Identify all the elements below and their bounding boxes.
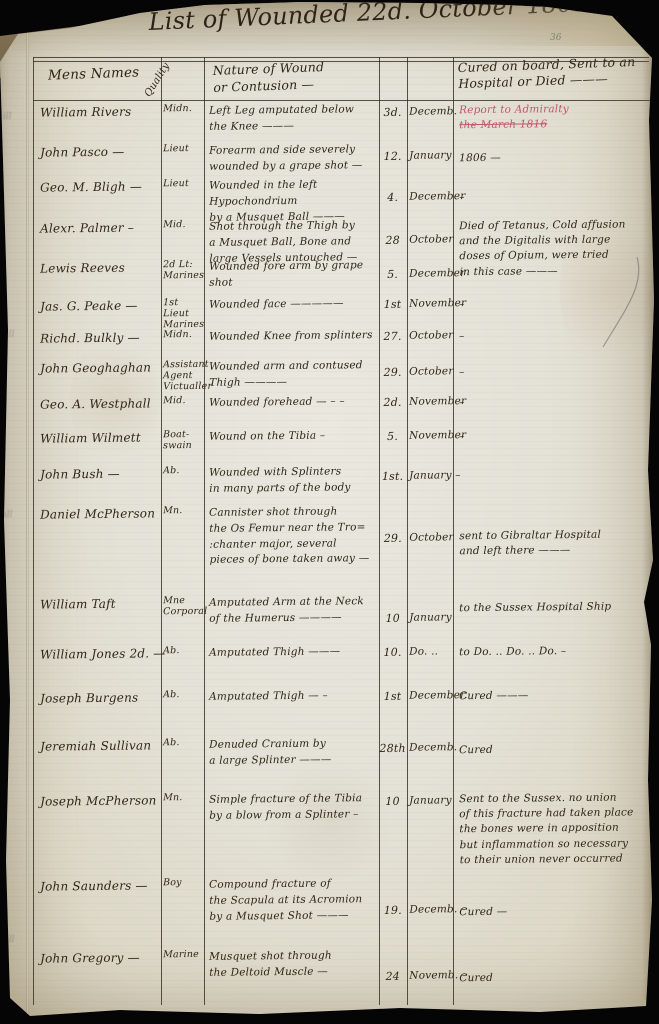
- row-note: Cured: [459, 741, 655, 758]
- row-name: Richd. Bulkly —: [40, 330, 160, 345]
- table-row: Joseph McPherson Mn. Simple fracture of …: [0, 788, 659, 795]
- row-name: John Geoghaghan: [40, 360, 160, 375]
- table-row: Richd. Bulkly — Midn. Wounded Knee from …: [0, 325, 659, 332]
- bleedthrough-fragment: ill: [0, 745, 9, 755]
- row-note: Died of Tetanus, Cold affusion and the D…: [459, 217, 656, 280]
- row-wound: Wound on the Tibia –: [209, 428, 383, 446]
- row-day: 10: [378, 795, 407, 808]
- row-wound: Amputated Thigh — –: [209, 688, 383, 706]
- row-name: Alexr. Palmer –: [40, 220, 160, 235]
- row-quality: Ab.: [163, 466, 205, 477]
- row-wound: Wounded fore arm by grape shot: [209, 258, 383, 291]
- row-name: Jeremiah Sullivan: [40, 738, 160, 753]
- row-wound: Compound fracture of the Scapula at its …: [209, 876, 383, 925]
- row-quality: Mn.: [163, 793, 205, 804]
- row-day: 27.: [378, 330, 407, 343]
- row-note: –: [459, 427, 655, 444]
- row-day: 28: [378, 234, 407, 247]
- header-mens-names: Mens Names: [48, 64, 140, 83]
- row-month: November: [409, 429, 457, 442]
- row-quality: Ab.: [163, 690, 205, 701]
- header-quality: Quality: [143, 61, 173, 99]
- row-day: 5.: [378, 268, 407, 281]
- row-day: 1st.: [378, 470, 407, 483]
- row-note: –: [459, 327, 655, 344]
- row-note: Report to Admiraltythe March 1816: [459, 101, 655, 133]
- row-wound: Wounded Knee from splinters: [209, 328, 383, 346]
- header-nature-of-wound: Nature of Wound or Contusion —: [212, 59, 325, 97]
- row-note: –: [459, 393, 655, 410]
- row-day: 29.: [378, 532, 407, 545]
- row-day: 2d.: [378, 396, 407, 409]
- table-row: Jeremiah Sullivan Ab. Denuded Cranium by…: [0, 733, 659, 740]
- row-month: Decemb.: [409, 105, 457, 118]
- row-note: –: [459, 188, 655, 205]
- row-name: Geo. A. Westphall: [40, 396, 160, 411]
- row-quality: Mid.: [163, 396, 205, 407]
- row-quality: Mid.: [163, 220, 205, 231]
- row-name: William Jones 2d. —: [40, 646, 160, 661]
- row-day: 10: [378, 612, 407, 625]
- row-name: Joseph Burgens: [40, 690, 160, 705]
- row-quality: 1st Lieut Marines: [163, 298, 205, 331]
- page-number: 36: [550, 33, 561, 43]
- table-row: John Pasco — Lieut Forearm and side seve…: [0, 139, 659, 146]
- table-row: William Taft Mne Corporal Amputated Arm …: [0, 591, 659, 598]
- row-name: Daniel McPherson: [40, 506, 160, 521]
- row-day: 1st: [378, 690, 407, 703]
- row-quality: Marine: [163, 950, 205, 961]
- row-wound: Forearm and side severely wounded by a g…: [209, 142, 383, 175]
- row-month: December.: [409, 689, 457, 702]
- row-day: 24: [378, 970, 407, 983]
- binding-crease: [26, 0, 29, 1024]
- row-day: 28th: [378, 742, 407, 755]
- row-month: Decemb. –: [409, 903, 457, 916]
- row-note: to Do. .. Do. .. Do. –: [459, 643, 655, 660]
- col-rule-names: [161, 57, 162, 1005]
- row-wound: Wounded arm and contused Thigh ————: [209, 358, 383, 391]
- row-wound: Denuded Cranium by a large Splinter ———: [209, 736, 383, 769]
- row-quality: 2d Lt: Marines: [163, 260, 205, 282]
- table-row: John Bush — Ab. Wounded with Splinters i…: [0, 461, 659, 468]
- row-month: January: [409, 149, 457, 162]
- row-month: January –: [409, 469, 457, 482]
- row-day: 1st: [378, 298, 407, 311]
- row-quality: Lieut: [163, 144, 205, 155]
- row-month: Decemb.: [409, 741, 457, 754]
- bleedthrough-fragment: ull: [3, 330, 15, 340]
- row-month: October: [409, 329, 457, 342]
- row-note: –: [459, 363, 655, 380]
- table-row: John Saunders — Boy Compound fracture of…: [0, 873, 659, 880]
- row-name: Jas. G. Peake —: [40, 298, 160, 313]
- row-day: 19.: [378, 904, 407, 917]
- row-day: 29.: [378, 366, 407, 379]
- row-day: 10.: [378, 646, 407, 659]
- row-quality: Midn.: [163, 104, 205, 115]
- row-wound: Cannister shot through the Os Femur near…: [209, 504, 384, 569]
- row-note: Cured: [459, 969, 655, 986]
- row-day: 3d.: [378, 106, 407, 119]
- row-note: sent to Gibraltar Hospital and left ther…: [459, 527, 655, 559]
- row-quality: Lieut: [163, 179, 205, 190]
- row-name: William Taft: [40, 596, 160, 611]
- row-note: Cured —: [459, 903, 655, 920]
- row-wound: Simple fracture of the Tibia by a blow f…: [209, 791, 383, 824]
- table-row: John Geoghaghan Assistant Agent Victuall…: [0, 355, 659, 362]
- row-quality: Ab.: [163, 738, 205, 749]
- row-wound: Wounded face —————: [209, 296, 383, 314]
- row-note: [459, 461, 655, 463]
- row-month: December: [409, 267, 457, 280]
- table-row: Jas. G. Peake — 1st Lieut Marines Wounde…: [0, 293, 659, 300]
- row-name: John Pasco —: [40, 144, 160, 159]
- header-outcome: Cured on board, Sent to an Hospital or D…: [457, 54, 636, 93]
- row-month: October: [409, 365, 457, 378]
- row-note: Sent to the Sussex. no union of this fra…: [459, 790, 656, 868]
- table-row: John Gregory — Marine Musquet shot throu…: [0, 945, 659, 952]
- table-row: Geo. A. Westphall Mid. Wounded forehead …: [0, 391, 659, 398]
- row-wound: Left Leg amputated below the Knee ———: [209, 102, 383, 135]
- row-quality: Boy: [163, 878, 205, 889]
- header-bottom-rule: [33, 100, 651, 101]
- table-row: William Wilmett Boat- swain Wound on the…: [0, 425, 659, 432]
- row-note: to the Sussex Hospital Ship: [459, 599, 655, 616]
- row-day: 12.: [378, 150, 407, 163]
- row-month: November: [409, 297, 457, 310]
- row-wound: Amputated Arm at the Neck of the Humerus…: [209, 594, 383, 627]
- row-day: 4.: [378, 191, 407, 204]
- row-wound: Wounded with Splinters in many parts of …: [209, 464, 383, 497]
- row-name: William Wilmett: [40, 430, 160, 445]
- row-name: William Rivers: [40, 104, 160, 119]
- row-quality: Midn.: [163, 330, 205, 341]
- row-day: 5.: [378, 430, 407, 443]
- row-note: –: [459, 295, 655, 312]
- row-name: Geo. M. Bligh —: [40, 179, 160, 194]
- row-name: John Saunders —: [40, 878, 160, 893]
- row-month: November: [409, 395, 457, 408]
- row-wound: Wounded forehead — – –: [209, 394, 383, 412]
- bleedthrough-fragment: ull: [1, 510, 13, 520]
- row-quality: Mn.: [163, 506, 205, 517]
- row-wound: Musquet shot through the Deltoid Muscle …: [209, 948, 383, 981]
- row-name: Joseph McPherson: [40, 793, 160, 808]
- row-month: October: [409, 531, 457, 544]
- row-month: October: [409, 233, 457, 246]
- row-quality: Boat- swain: [163, 430, 205, 452]
- row-month: Do. ..: [409, 645, 457, 658]
- col-rule-quality: [204, 57, 205, 1005]
- row-name: John Gregory —: [40, 950, 160, 965]
- col-rule-left: [33, 57, 34, 1005]
- table-row: Daniel McPherson Mn. Cannister shot thro…: [0, 501, 659, 508]
- row-note: Cured ———: [459, 687, 655, 704]
- row-month: January: [409, 611, 457, 624]
- table-row: William Jones 2d. — Ab. Amputated Thigh …: [0, 641, 659, 648]
- bleedthrough-fragment: ull: [3, 935, 15, 945]
- row-month: December: [409, 190, 457, 203]
- right-edge-shading: [642, 50, 656, 1000]
- row-quality: Assistant Agent Victualler: [163, 360, 205, 393]
- row-name: John Bush —: [40, 466, 160, 481]
- row-month: January: [409, 794, 457, 807]
- row-note: 1806 —: [459, 149, 655, 166]
- table-row: Geo. M. Bligh — Lieut Wounded in the lef…: [0, 174, 659, 181]
- table-row: Joseph Burgens Ab. Amputated Thigh — – 1…: [0, 685, 659, 692]
- bleedthrough-fragment: ill: [3, 112, 12, 122]
- row-name: Lewis Reeves: [40, 260, 160, 275]
- row-month: Novemb. –: [409, 969, 457, 982]
- row-quality: Mne Corporal: [163, 596, 205, 618]
- row-quality: Ab.: [163, 646, 205, 657]
- row-wound: Amputated Thigh ———: [209, 644, 383, 662]
- manuscript-page: List of Wounded 22d. October 1805 — 36 M…: [0, 0, 659, 1024]
